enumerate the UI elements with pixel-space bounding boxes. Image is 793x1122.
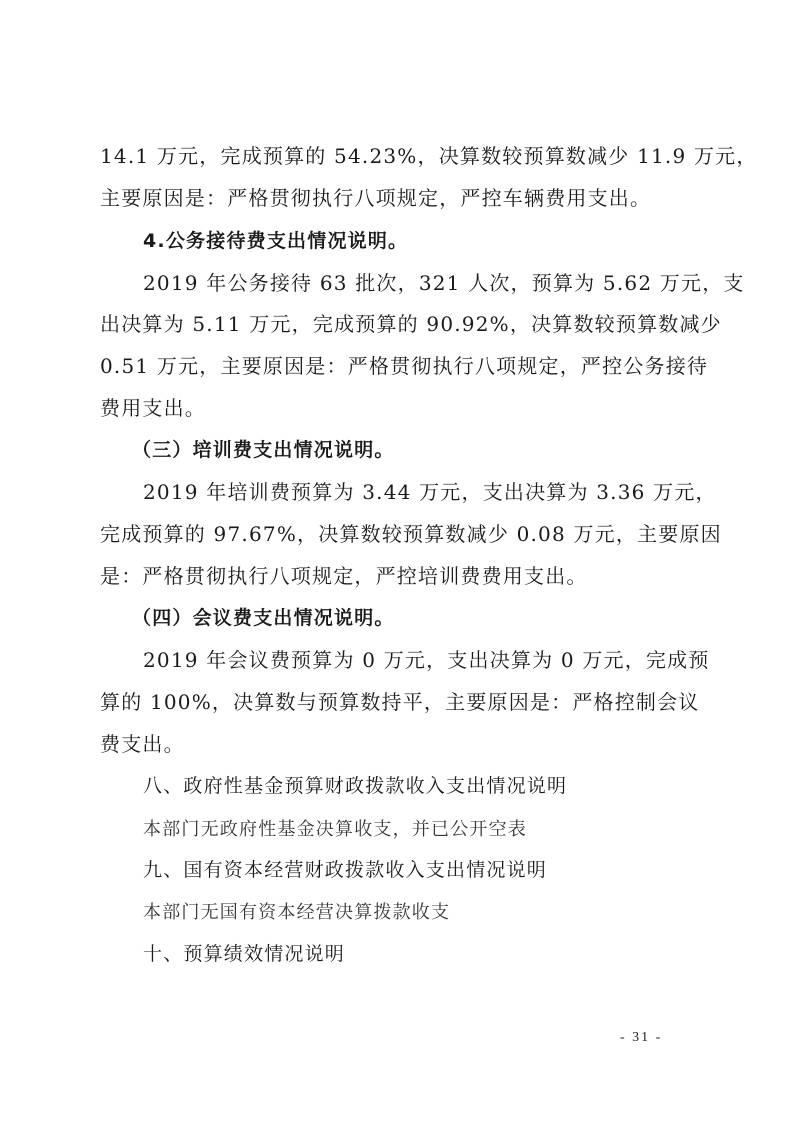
paragraph-training-line-2: 完成预算的 97.67%，决算数较预算数减少 0.08 万元，主要原因: [100, 521, 692, 547]
document-page: 14.1 万元，完成预算的 54.23%，决算数较预算数减少 11.9 万元， …: [0, 0, 793, 1122]
paragraph-meeting-line-1: 2019 年会议费预算为 0 万元，支出决算为 0 万元，完成预: [143, 647, 735, 673]
paragraph-meeting-line-3: 费支出。: [100, 731, 692, 757]
paragraph-section-8: 本部门无政府性基金决算收支，并已公开空表: [143, 817, 735, 843]
paragraph-training-line-1: 2019 年培训费预算为 3.44 万元，支出决算为 3.36 万元，: [143, 479, 735, 505]
paragraph-training-line-3: 是：严格贯彻执行八项规定，严控培训费费用支出。: [100, 563, 692, 589]
paragraph-vehicle-reason: 主要原因是：严格贯彻执行八项规定，严控车辆费用支出。: [100, 185, 692, 211]
paragraph-meeting-line-2: 算的 100%，决算数与预算数持平，主要原因是：严格控制会议: [100, 689, 692, 715]
heading-section-8: 八、政府性基金预算财政拨款收入支出情况说明: [143, 773, 735, 799]
heading-meeting-expense: （四）会议费支出情况说明。: [132, 605, 724, 631]
heading-reception-expense: 4.公务接待费支出情况说明。: [143, 228, 735, 254]
paragraph-section-9: 本部门无国有资本经营决算拨款收支: [143, 900, 735, 926]
paragraph-reception-line-1: 2019 年公务接待 63 批次，321 人次，预算为 5.62 万元，支: [143, 270, 735, 296]
heading-section-10: 十、预算绩效情况说明: [143, 941, 735, 967]
paragraph-vehicle-continued: 14.1 万元，完成预算的 54.23%，决算数较预算数减少 11.9 万元，: [100, 143, 692, 169]
paragraph-reception-line-3: 0.51 万元，主要原因是：严格贯彻执行八项规定，严控公务接待: [100, 353, 692, 379]
heading-section-9: 九、国有资本经营财政拨款收入支出情况说明: [143, 857, 735, 883]
paragraph-reception-line-4: 费用支出。: [100, 395, 692, 421]
paragraph-reception-line-2: 出决算为 5.11 万元，完成预算的 90.92%，决算数较预算数减少: [100, 311, 692, 337]
page-number: - 31 -: [620, 1030, 662, 1046]
heading-training-expense: （三）培训费支出情况说明。: [132, 437, 724, 463]
